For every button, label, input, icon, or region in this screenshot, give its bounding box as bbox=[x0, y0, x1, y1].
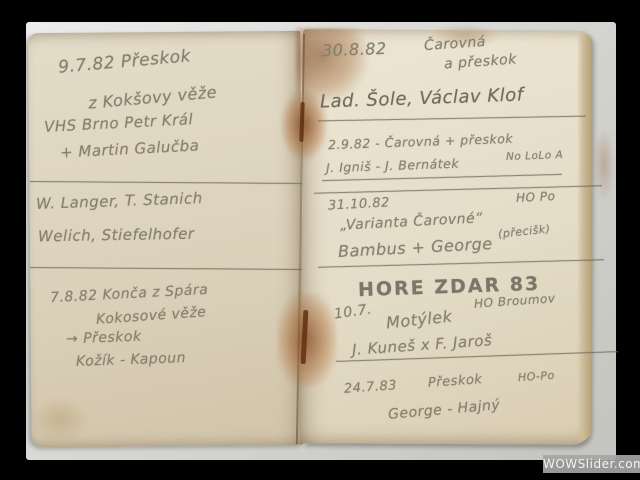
entry-route: → Přeskok bbox=[66, 329, 142, 348]
slideshow-frame: { "photo": { "left_page": { "sections": … bbox=[0, 0, 640, 480]
entry-date: 30.8.82 bbox=[322, 39, 387, 60]
wowslider-watermark-link[interactable]: WOWSlider.com bbox=[543, 455, 640, 473]
corner-stain bbox=[32, 398, 88, 442]
entry-note: No LoLo A bbox=[506, 149, 564, 163]
entry-names: Welich, Stiefelhofer bbox=[38, 225, 195, 246]
entry-club: HO-Po bbox=[518, 369, 556, 385]
entry-club: HO Po bbox=[516, 189, 556, 205]
edge-stain bbox=[594, 130, 614, 200]
rust-stain-lower bbox=[277, 293, 337, 387]
page-edge-right bbox=[577, 33, 592, 442]
